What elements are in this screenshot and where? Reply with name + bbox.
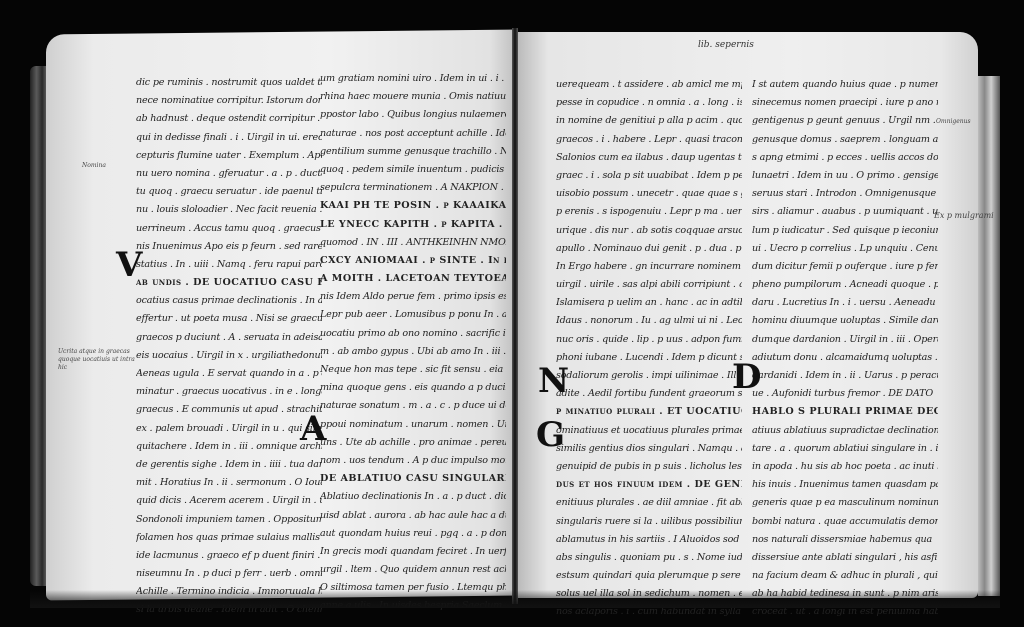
manuscript-line: Lepr pub aeer . Lomusibus p ponu In . ae… xyxy=(320,306,506,324)
decorated-initial: D xyxy=(732,360,761,394)
manuscript-line: Neque hon mas tepe . sic fit sensu . eia… xyxy=(320,361,506,379)
manuscript-line: ab undis . DE UOCATIUO CASU PRIMA EDICT xyxy=(136,274,322,292)
manuscript-line: effertur . ut poeta musa . Nisi se graec… xyxy=(136,310,322,328)
manuscript-line: aut quondam huius reui . pgq . a . p don… xyxy=(320,525,506,543)
manuscript-line: quitachere . Idem in . iii . omnique arc… xyxy=(136,438,322,456)
manuscript-line: quoq . pedem simile inuentum . pudicis u… xyxy=(320,161,506,179)
manuscript-line: dic pe ruminis . nostrumit quos ualdet t… xyxy=(136,74,322,92)
manuscript-line: CXCY ANIOMAAI . p SINTE . In ipso dicit … xyxy=(320,252,506,270)
column-3: uerequeam . t assidere . ab amicl me mpl… xyxy=(556,76,742,622)
manuscript-line: nu uero nomina . gferuatur . a . p . duc… xyxy=(136,165,322,183)
manuscript-line: um gratiam nomini uiro . Idem in ui . i … xyxy=(320,70,506,88)
manuscript-line: In grecis modi quandam feciret . In uerf… xyxy=(320,543,506,561)
manuscript-line: m . ab ambo gypus . Ubi ab amo In . iii … xyxy=(320,343,506,361)
manuscript-line: statius . In . uiii . Namq . feru rapui … xyxy=(136,256,322,274)
manuscript-line: uisd ablat . aurora . ab hac aule hac a … xyxy=(320,507,506,525)
manuscript-line: ppostor labo . Quibus longius nulaemere … xyxy=(320,106,506,124)
manuscript-line: adiutum donu . alcamaidumq uoluptas . Nu… xyxy=(752,349,938,367)
manuscript-line: p minatiuo plurali . ET UOCATIUO PRIMAE … xyxy=(556,403,742,421)
manuscript-line: seruus stari . Introdon . Omnigenusque d… xyxy=(752,185,938,203)
running-head: lib. sepernis xyxy=(698,40,754,50)
manuscript-line: sinecemus nomen praecipi . iure p ano mi… xyxy=(752,94,938,112)
manuscript-line: quid dicis . Acerem acerem . Uirgil in .… xyxy=(136,492,322,510)
manuscript-line: ablamutus in his sartiis . I Aluoidos so… xyxy=(556,531,742,549)
manuscript-line: abs singulis . quoniam pu . s . Nome iud… xyxy=(556,549,742,567)
manuscript-line: uocatiu primo ab ono nomino . sacrific i… xyxy=(320,325,506,343)
manuscript-line: KAAI PH TE POSIN . p KAAAIKAAN METAI TQO… xyxy=(320,197,506,215)
manuscript-line: na facium deam & adhuc in plurali , qui … xyxy=(752,567,938,585)
manuscript-line: genusque domus . saeprem . longuam arus … xyxy=(752,131,938,149)
manuscript-line: In Ergo habere . gn incurrare nominem . … xyxy=(556,258,742,276)
manuscript-line: pesse in copudice . n omnia . a . long .… xyxy=(556,94,742,112)
manuscript-line: uerrineum . Accus tamu quoq . graecus in… xyxy=(136,220,322,238)
manuscript-line: naturae sonatum . m . a . c . p duce ui … xyxy=(320,397,506,415)
manuscript-line: p erenis . s ispogenuiu . Lepr p ma . ue… xyxy=(556,203,742,221)
manuscript-line: I st autem quando huius quae . p numero … xyxy=(752,76,938,94)
column-1: dic pe ruminis . nostrumit quos ualdet t… xyxy=(136,74,322,620)
column-2: um gratiam nomini uiro . Idem in ui . i … xyxy=(320,70,506,616)
manuscript-line: nuc oris . quide . lip . p uus . adpon f… xyxy=(556,331,742,349)
manuscript-line: uerequeam . t assidere . ab amicl me mpl… xyxy=(556,76,742,94)
manuscript-line: graecos p duciunt . A . seruata in adeis… xyxy=(136,329,322,347)
manuscript-line: lunaetri . Idem in uu . O primo . gensig… xyxy=(752,167,938,185)
manuscript-line: cepturis flumine uater . Exemplum . Apul… xyxy=(136,147,322,165)
manuscript-line: s apng etmimi . p ecces . uellis accos d… xyxy=(752,149,938,167)
manuscript-line: in apoda . hu sis ab hoc poeta . ac inut… xyxy=(752,458,938,476)
decorated-initial: A xyxy=(300,412,326,446)
decorated-initial: V xyxy=(116,248,142,282)
manuscript-line: gentigenus p geunt genuus . Urgil nm . g… xyxy=(752,112,938,130)
manuscript-line: adite . Aedil fortibu fundent graeorum s… xyxy=(556,385,742,403)
manuscript-line: tare . a . quorum ablatiui singulare in … xyxy=(752,440,938,458)
manuscript-line: hominu diuumque uoluptas . Simile dardan… xyxy=(752,312,938,330)
manuscript-line: phoni iubane . Lucendi . Idem p dicunt s… xyxy=(556,349,742,367)
manuscript-line: in nomine de genitiui p alla p acim . qu… xyxy=(556,112,742,130)
manuscript-line: ue . Aufonidi turbus fremor . DE DATO xyxy=(752,385,938,403)
manuscript-line: his inuis . Inuenimus tamen quasdam pauc… xyxy=(752,476,938,494)
manuscript-line: urique . dis nur . ab sotis coqquae arsu… xyxy=(556,222,742,240)
column-4: I st autem quando huius quae . p numero … xyxy=(752,76,938,622)
manuscript-line: sepulcra terminationem . A NAKPION . HAI… xyxy=(320,179,506,197)
open-manuscript: lib. sepernis dic pe ruminis . nostrumit… xyxy=(30,26,1000,608)
manuscript-line: nu . louis sloloadier . Nec facit reueni… xyxy=(136,201,322,219)
marginal-note: Omnigenus xyxy=(936,118,971,126)
manuscript-line: HABLO S PLURALI PRIMAE DECL xyxy=(752,403,938,421)
right-page-edges xyxy=(978,76,1000,596)
manuscript-line: nis Idem Aldo perue fem . primo ipsis es… xyxy=(320,288,506,306)
manuscript-line: singularis ruere si la . uilibus possibi… xyxy=(556,513,742,531)
manuscript-line: graecus . E communis ut apud . strachite… xyxy=(136,401,322,419)
manuscript-line: minatur . graecus uocativus . in e . lon… xyxy=(136,383,322,401)
manuscript-line: nos naturali dissersmiae habemus qua xyxy=(752,531,938,549)
manuscript-line: Sondonoli impuniem tamen . Oppositum . N… xyxy=(136,511,322,529)
manuscript-line: naturae . nos post acceptunt achille . I… xyxy=(320,125,506,143)
manuscript-line: tu quoq . graecu seruatur . ide paenul t… xyxy=(136,183,322,201)
manuscript-line: bombi natura . quae accumulatis demonstr… xyxy=(752,513,938,531)
book-gutter xyxy=(512,28,518,604)
manuscript-line: rhina haec mouere munia . Omis natiuus c… xyxy=(320,88,506,106)
manuscript-line: enitiuus plurales . ae diil amniae . fit… xyxy=(556,494,742,512)
manuscript-line: dardanidi . Idem in . ii . Uarus . p per… xyxy=(752,367,938,385)
manuscript-line: ab hadnust . deque ostendit corripitur .… xyxy=(136,110,322,128)
manuscript-line: dumque dardanion . Uirgil in . iii . Ope… xyxy=(752,331,938,349)
manuscript-line: de gerentis sighe . Idem in . iiii . tua… xyxy=(136,456,322,474)
manuscript-line: similis gentius dios singulari . Namqu .… xyxy=(556,440,742,458)
manuscript-line: mit . Horatius In . ii . sermonum . O Io… xyxy=(136,474,322,492)
manuscript-line: A MOITH . LACETOAN TEYTOEA ETYXOC . In f… xyxy=(320,270,506,288)
decorated-initial: N xyxy=(538,364,569,398)
manuscript-line: Islamisera p uelim an . hanc . ac in adt… xyxy=(556,294,742,312)
manuscript-line: Aeneas ugula . E servat quando in a . p … xyxy=(136,365,322,383)
marginal-note: Ucrita atque in graecas quoque uocatiuis… xyxy=(58,348,138,372)
decorated-initial: G xyxy=(536,418,565,452)
manuscript-line: lum p iudicatur . Sed quisque p ieconiur… xyxy=(752,222,938,240)
manuscript-line: uns . Ute ab achille . pro animae . pere… xyxy=(320,434,506,452)
manuscript-line: ppoui nominatum . unarum . nomen . Uirgi… xyxy=(320,416,506,434)
manuscript-line: nece nominatiue corripitur. Istorum dorn… xyxy=(136,92,322,110)
manuscript-line: Ablatiuo declinationis In . a . p duct .… xyxy=(320,488,506,506)
manuscript-line: niseumnu In . p duci p ferr . uerb . omn… xyxy=(136,565,322,583)
manuscript-line: uirgil . uirile . sas alpi abili corripi… xyxy=(556,276,742,294)
manuscript-line: uisobio possum . unecetr . quae quae s g… xyxy=(556,185,742,203)
manuscript-line: eis uocaius . Uirgil in x . urgiliathedo… xyxy=(136,347,322,365)
manuscript-line: apullo . Nominauo dui genit . p . dua . … xyxy=(556,240,742,258)
manuscript-line: urgil . ltem . Quo quidem annun rest ach… xyxy=(320,561,506,579)
manuscript-line: dus et hos finuum idem . DE GENITIUO PLU… xyxy=(556,476,742,494)
manuscript-line: gentilium summe genusque trachillo . Nom… xyxy=(320,143,506,161)
marginal-note: Ex p mulgrami xyxy=(934,212,994,220)
manuscript-line: graecos . i . habere . Lepr . quasi trac… xyxy=(556,131,742,149)
manuscript-line: qui in dedisse finali . i . Uirgil in ui… xyxy=(136,129,322,147)
manuscript-line: estsum quindari quia plerumque p sere ha… xyxy=(556,567,742,585)
manuscript-line: Salonios cum ea ilabus . daup ugentas te… xyxy=(556,149,742,167)
manuscript-line: sodaliorum gerolis . impi uilinimae . Il… xyxy=(556,367,742,385)
manuscript-line: generis quae p ea masculinum nominum fig… xyxy=(752,494,938,512)
manuscript-line: quomod . IN . III . ANTHKEINHN NMOI xyxy=(320,234,506,252)
marginal-note: Nomina xyxy=(82,162,106,170)
manuscript-line: nom . uos tendum . A p duc impulso mona … xyxy=(320,452,506,470)
manuscript-line: mina quoque gens . eis quando a p ducibu… xyxy=(320,379,506,397)
manuscript-line: ocatius casus primae declinationis . In … xyxy=(136,292,322,310)
manuscript-line: ide lacmunus . graeco ef p duent finiri … xyxy=(136,547,322,565)
manuscript-line: ui . Uecro p correlius . Lp unquiu . Cen… xyxy=(752,240,938,258)
manuscript-line: atiuus ablatiuus supradictae declination… xyxy=(752,422,938,440)
manuscript-line: pheno pumpilorum . Acneadi quoque . p ym… xyxy=(752,276,938,294)
manuscript-line: nis Inuenimus Apo eis p feurn . sed rare… xyxy=(136,238,322,256)
manuscript-line: dum dicitur femii p ouferque . iure p fe… xyxy=(752,258,938,276)
manuscript-line: genuipid de pubis in p suis . licholus l… xyxy=(556,458,742,476)
manuscript-line: Idaus . nonorum . Iu . ag ulmi ui ni . L… xyxy=(556,312,742,330)
manuscript-line: sirs . aliamur . auabus . p uumiquant . … xyxy=(752,203,938,221)
manuscript-line: daru . Lucretius In . i . uersu . Aenead… xyxy=(752,294,938,312)
manuscript-line: ominatiuus et uocatiuus plurales primae … xyxy=(556,422,742,440)
manuscript-line: ex . palem brouadi . Uirgil in u . qui s… xyxy=(136,420,322,438)
manuscript-line: graec . i . sola p sit uuabibat . Idem p… xyxy=(556,167,742,185)
manuscript-line: LE YNECC KAPITH . p KAPITA . appellarum … xyxy=(320,216,506,234)
manuscript-line: folamen hos quas primae sulaius mallis q… xyxy=(136,529,322,547)
manuscript-line: DE ABLATIUO CASU SINGULARI PRIMAE DECL xyxy=(320,470,506,488)
manuscript-line: dissersiue ante ablati singulari , his a… xyxy=(752,549,938,567)
bottom-shadow xyxy=(30,590,1000,608)
